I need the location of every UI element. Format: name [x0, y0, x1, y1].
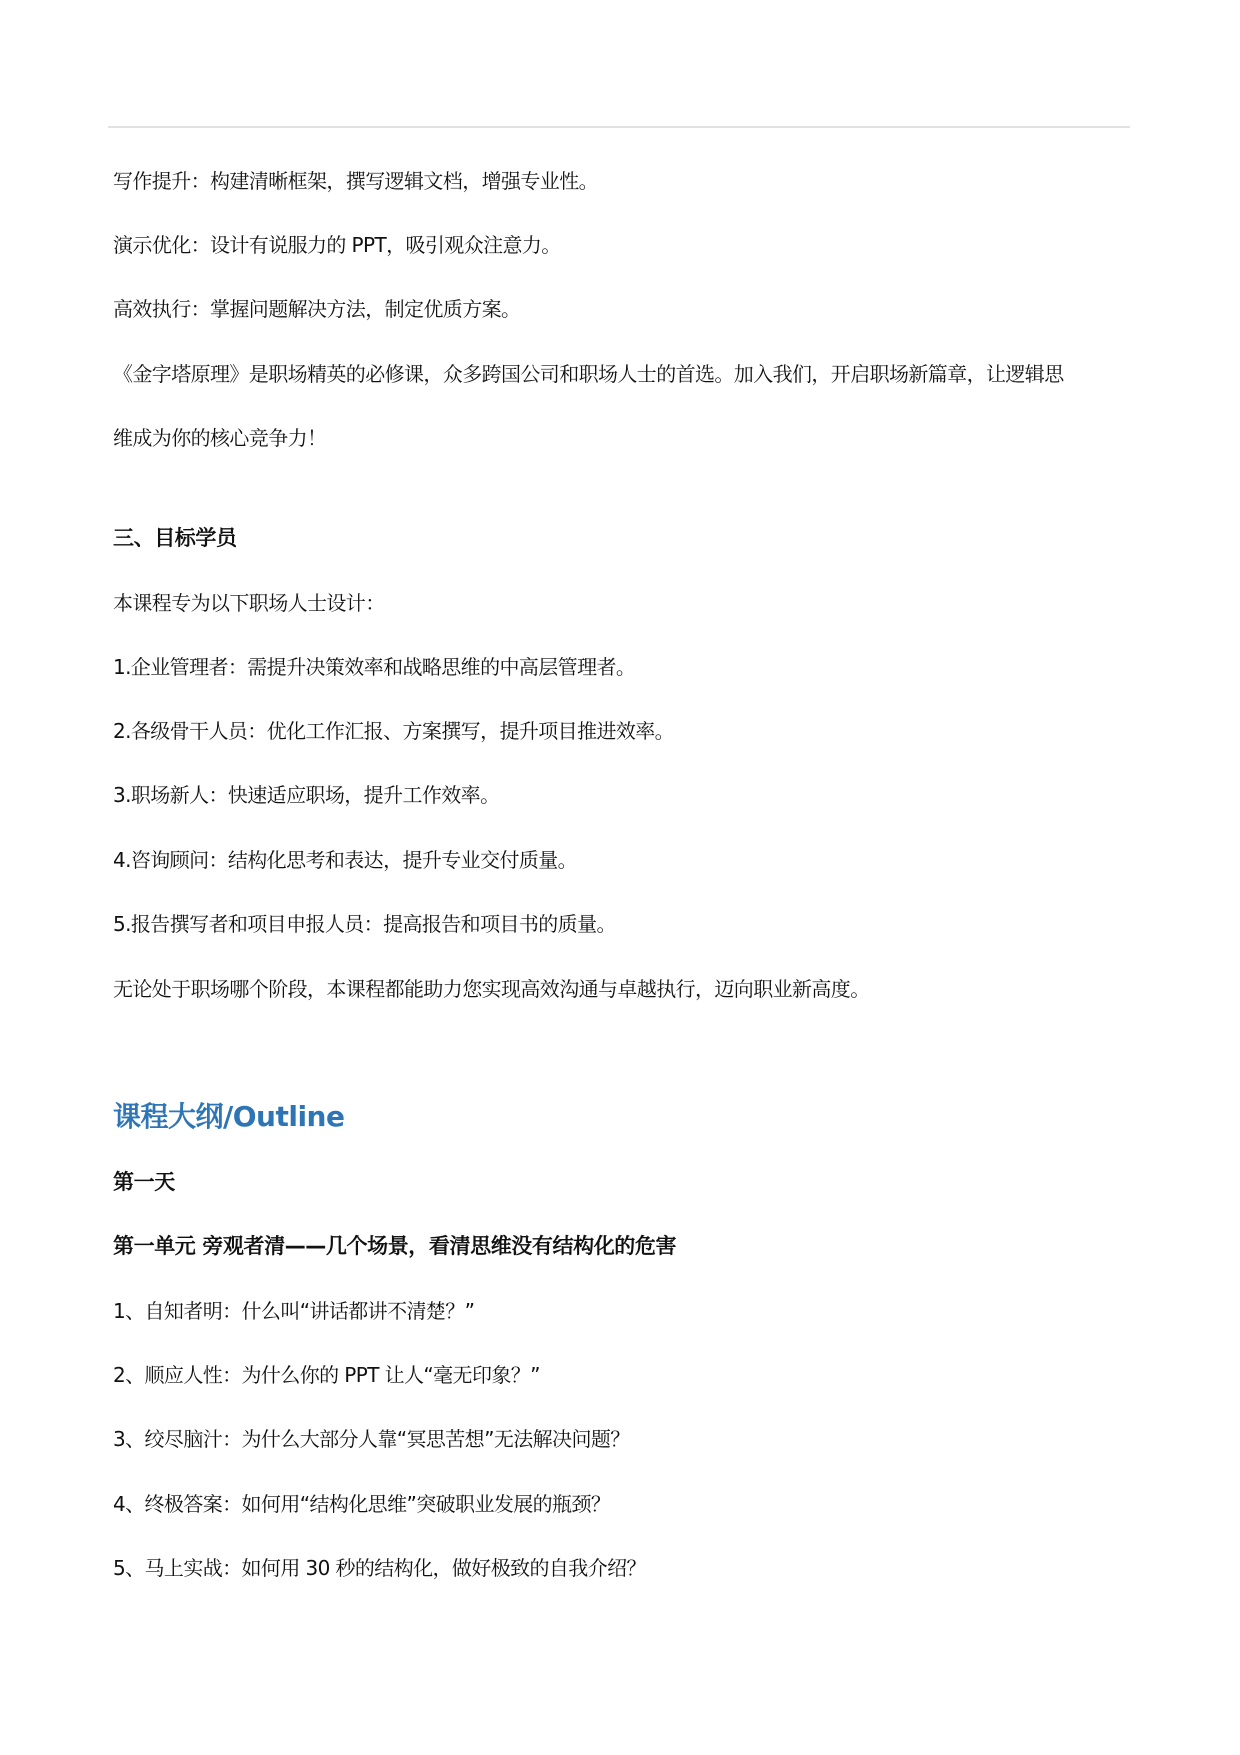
student-item: 1.企业管理者：需提升决策效率和战略思维的中高层管理者。 [113, 654, 635, 680]
section-lead: 本课程专为以下职场人士设计： [113, 590, 385, 616]
unit-item: 5、马上实战：如何用 30 秒的结构化，做好极致的自我介绍？ [113, 1555, 646, 1581]
student-item: 2.各级骨干人员：优化工作汇报、方案撰写，提升项目推进效率。 [113, 718, 674, 744]
document-page: 写作提升：构建清晰框架，撰写逻辑文档，增强专业性。 演示优化：设计有说服力的 P… [0, 0, 1240, 1755]
unit-item: 2、顺应人性：为什么你的 PPT 让人“毫无印象？” [113, 1362, 540, 1388]
benefit-writing: 写作提升：构建清晰框架，撰写逻辑文档，增强专业性。 [113, 168, 598, 194]
section-heading-target-students: 三、目标学员 [113, 525, 237, 551]
header-divider [108, 126, 1130, 128]
unit-item: 4、终极答案：如何用“结构化思维”突破职业发展的瓶颈？ [113, 1491, 610, 1517]
unit-item: 3、绞尽脑汁：为什么大部分人靠“冥思苦想”无法解决问题？ [113, 1426, 630, 1452]
unit-item: 1、自知者明：什么叫“讲话都讲不清楚？” [113, 1298, 474, 1324]
student-item: 3.职场新人：快速适应职场，提升工作效率。 [113, 782, 499, 808]
student-item: 4.咨询顾问：结构化思考和表达，提升专业交付质量。 [113, 847, 577, 873]
student-item: 5.报告撰写者和项目申报人员：提高报告和项目书的质量。 [113, 911, 616, 937]
intro-paragraph-line2: 维成为你的核心竞争力！ [113, 425, 326, 451]
benefit-presentation: 演示优化：设计有说服力的 PPT，吸引观众注意力。 [113, 232, 561, 258]
intro-paragraph-line1: 《金字塔原理》是职场精英的必修课，众多跨国公司和职场人士的首选。加入我们，开启职… [113, 361, 1064, 387]
outline-title: 课程大纲/Outline [113, 1100, 344, 1134]
section-closing: 无论处于职场哪个阶段，本课程都能助力您实现高效沟通与卓越执行，迈向职业新高度。 [113, 976, 870, 1002]
unit-heading: 第一单元 旁观者清——几个场景，看清思维没有结构化的危害 [113, 1233, 676, 1259]
day-heading: 第一天 [113, 1169, 175, 1195]
benefit-execution: 高效执行：掌握问题解决方法，制定优质方案。 [113, 296, 520, 322]
